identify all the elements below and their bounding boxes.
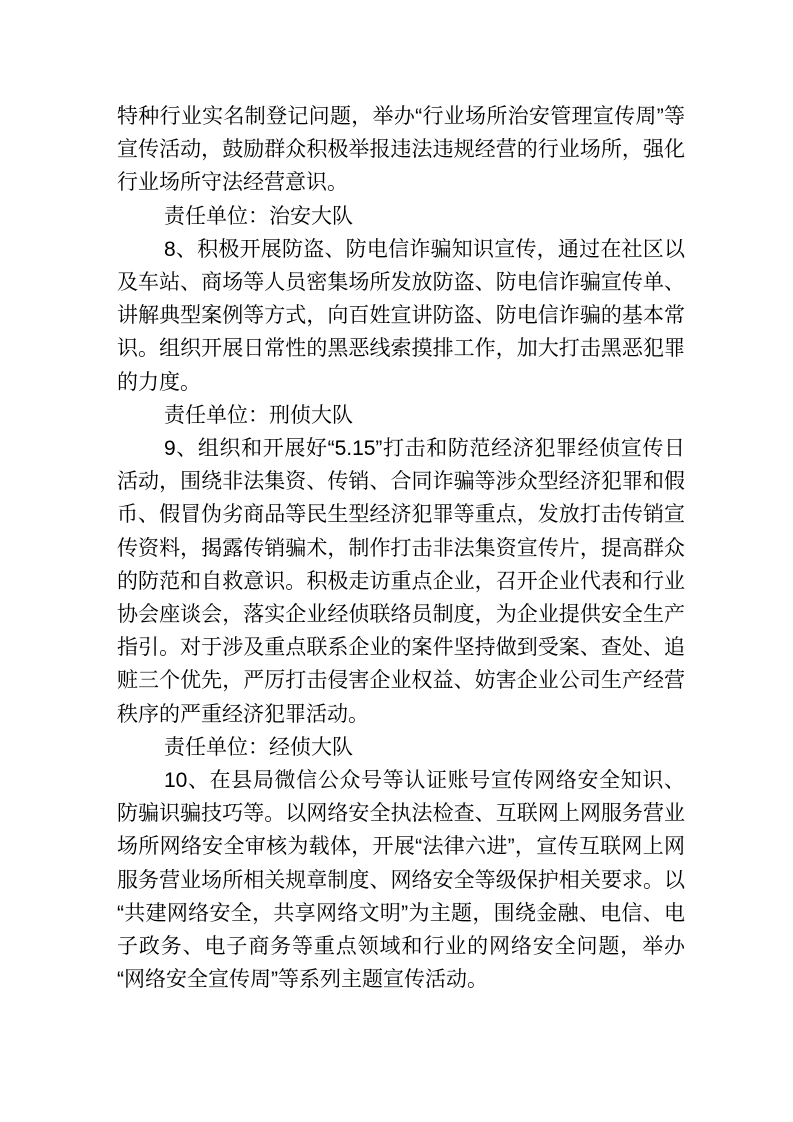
responsible-unit-line: 责任单位：治安大队 <box>117 200 685 233</box>
body-paragraph-continuation: 特种行业实名制登记问题，举办“行业场所治安管理宣传周”等宣传活动，鼓励群众积极举… <box>117 100 685 200</box>
body-paragraph-item-9: 9、组织和开展好“5.15”打击和防范经济犯罪经侦宣传日活动，围绕非法集资、传销… <box>117 432 685 731</box>
document-page: 特种行业实名制登记问题，举办“行业场所治安管理宣传周”等宣传活动，鼓励群众积极举… <box>0 0 793 1122</box>
responsible-unit-line: 责任单位：刑侦大队 <box>117 399 685 432</box>
body-paragraph-item-8: 8、积极开展防盗、防电信诈骗知识宣传，通过在社区以及车站、商场等人员密集场所发放… <box>117 233 685 399</box>
body-paragraph-item-10: 10、在县局微信公众号等认证账号宣传网络安全知识、防骗识骗技巧等。以网络安全执法… <box>117 764 685 996</box>
document-text-block: 特种行业实名制登记问题，举办“行业场所治安管理宣传周”等宣传活动，鼓励群众积极举… <box>117 100 685 996</box>
responsible-unit-line: 责任单位：经侦大队 <box>117 731 685 764</box>
